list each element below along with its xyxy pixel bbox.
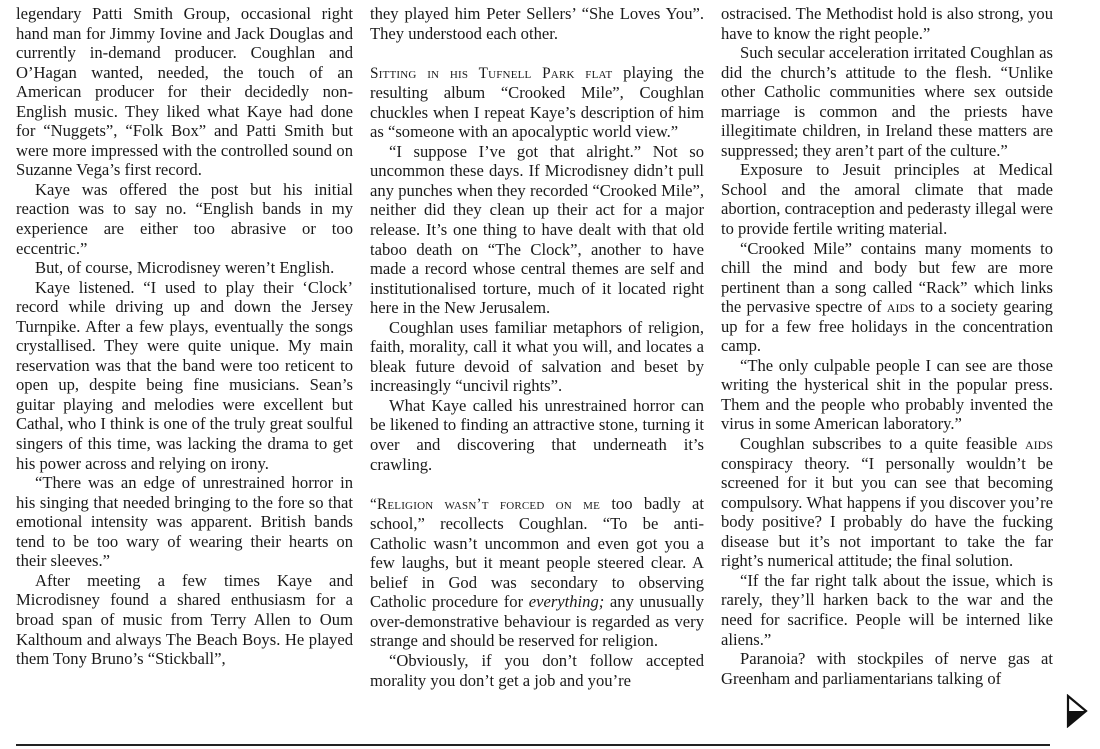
small-caps-term: aids [887,297,915,316]
paragraph-text: Coughlan subscribes to a quite feasible [740,434,1025,453]
paragraph: What Kaye called his unrestrained horror… [370,396,704,474]
paragraph-text: conspiracy theory. “I personally wouldn’… [721,454,1053,571]
paragraph: Kaye listened. “I used to play their ‘Cl… [16,278,353,473]
article-column-3: ostracised. The Methodist hold is also s… [721,4,1053,688]
paragraph: Coughlan subscribes to a quite feasible … [721,434,1053,571]
bottom-rule [16,744,1050,746]
paragraph: Exposure to Jesuit principles at Medical… [721,160,1053,238]
paragraph: “I suppose I’ve got that alright.” Not s… [370,142,704,318]
paragraph: ostracised. The Methodist hold is also s… [721,4,1053,43]
paragraph: “There was an edge of unrestrained horro… [16,473,353,571]
paragraph: Coughlan uses familiar metaphors of reli… [370,318,704,396]
paragraph: “Obviously, if you don’t follow accepted… [370,651,704,690]
section-paragraph: Sitting in his Tufnell Park flat playing… [370,63,704,142]
paragraph: Such secular acceleration irritated Coug… [721,43,1053,160]
paragraph: legendary Patti Smith Group, occasional … [16,4,353,180]
paragraph: But, of course, Microdisney weren’t Eng­… [16,258,353,278]
section-paragraph: “Religion wasn’t forced on me too badly … [370,494,704,651]
paragraph: Kaye was offered the post but his initia… [16,180,353,258]
article-column-1: legendary Patti Smith Group, occasional … [16,4,353,669]
section-lead-in: Sitting in his Tufnell Park flat [370,65,612,82]
paragraph: Paranoia? with stockpiles of nerve gas a… [721,649,1053,688]
section-lead-in: “Religion wasn’t forced on me [370,496,600,513]
paragraph: After meeting a few times Kaye and Micro… [16,571,353,669]
paragraph: “If the far right talk about the issue, … [721,571,1053,649]
small-caps-term: aids [1025,434,1053,453]
article-column-2: they played him Peter Sellers’ “She Love… [370,4,704,690]
paragraph: “Crooked Mile” contains many moments to … [721,239,1053,356]
paragraph: “The only culpable people I can see are … [721,356,1053,434]
continue-arrow-icon [1066,694,1088,728]
italic-emphasis: everything; [529,592,605,611]
paragraph: they played him Peter Sellers’ “She Love… [370,4,704,43]
